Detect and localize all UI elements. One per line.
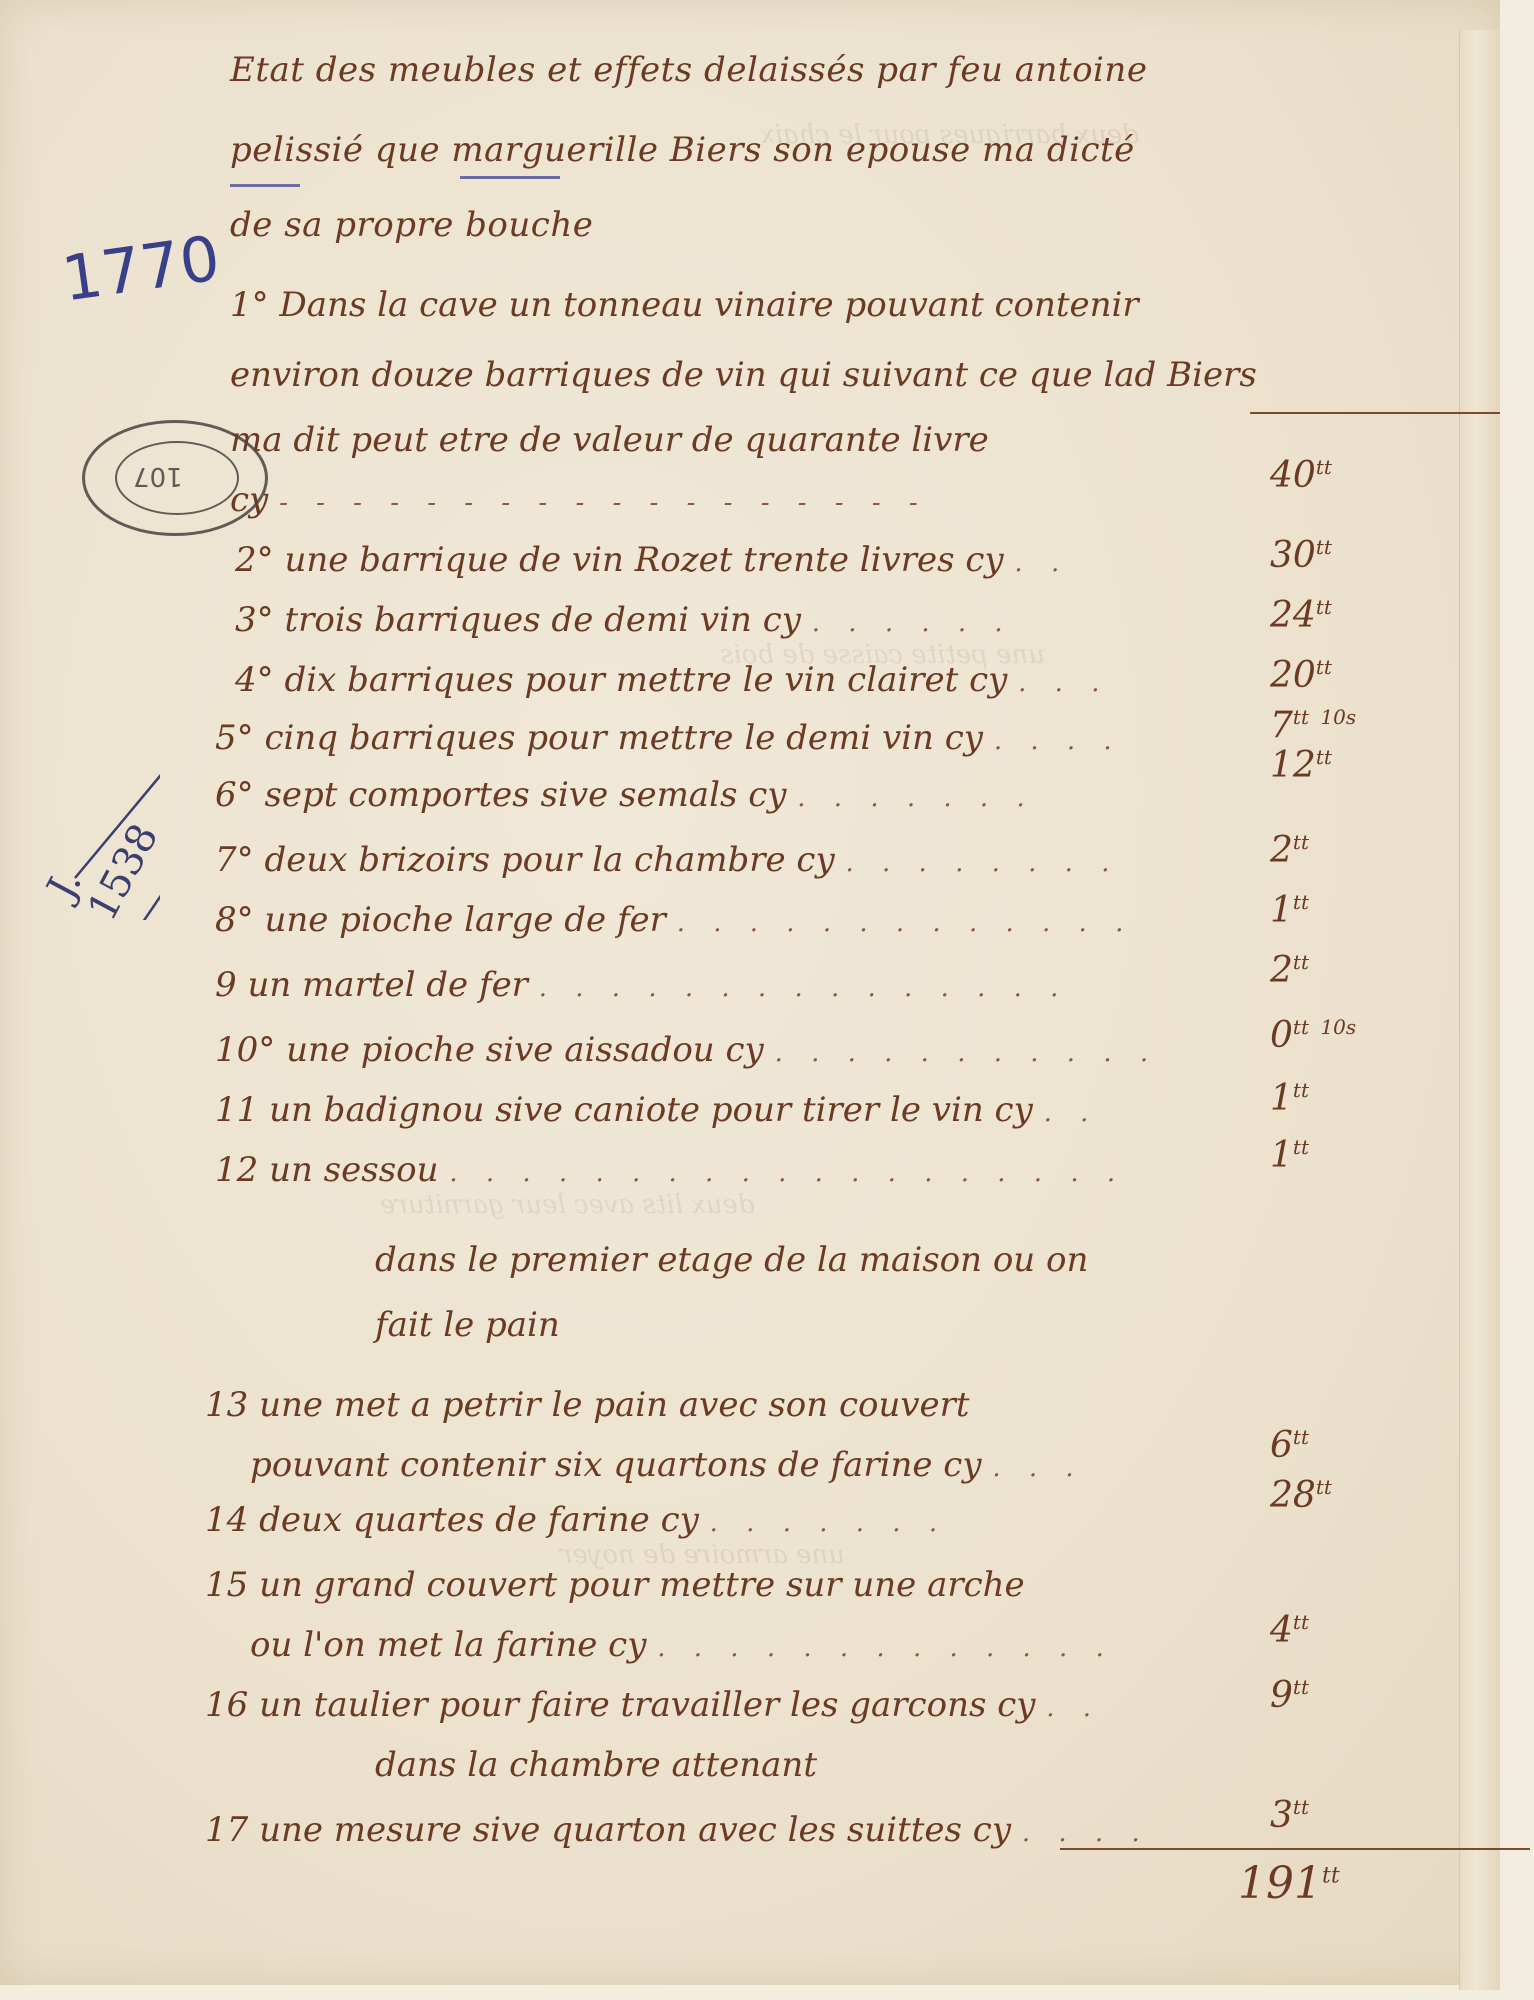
item-11-amount: 1tt xyxy=(1270,1078,1309,1119)
item-16-amount: 9tt xyxy=(1270,1675,1309,1716)
manuscript-page: deux barriques pour le chaix une petite … xyxy=(0,0,1500,1985)
item-15-line-2: ou l'on met la farine cy . . . . . . . .… xyxy=(250,1625,1114,1665)
item-7: 7° deux brizoirs pour la chambre cy . . … xyxy=(215,840,1119,880)
section-heading-2: dans la chambre attenant xyxy=(375,1745,817,1785)
item-5: 5° cinq barriques pour mettre le demi vi… xyxy=(215,718,1122,758)
item-2-amount: 30tt xyxy=(1270,535,1332,576)
total-amount: 191tt xyxy=(1238,1858,1340,1909)
item-1-line-2: environ douze barriques de vin qui suiva… xyxy=(230,355,1257,395)
item-10-amount: 0tt 10s xyxy=(1270,1015,1356,1056)
stamp-number: 107 xyxy=(133,461,183,491)
item-14-amount: 28tt xyxy=(1270,1475,1332,1516)
item-8: 8° une pioche large de fer . . . . . . .… xyxy=(215,900,1133,940)
section-heading-1-line-2: fait le pain xyxy=(375,1305,560,1345)
item-9: 9 un martel de fer . . . . . . . . . . .… xyxy=(215,965,1068,1005)
item-13-line-2: pouvant contenir six quartons de farine … xyxy=(250,1445,1084,1485)
item-7-amount: 2tt xyxy=(1270,830,1309,871)
item-4: 4° dix barriques pour mettre le vin clai… xyxy=(235,660,1109,700)
item-5-amount: 7tt 10s xyxy=(1270,705,1356,746)
item-1-line-1: 1° Dans la cave un tonneau vinaire pouva… xyxy=(230,285,1139,325)
title-line-3: de sa propre bouche xyxy=(230,205,593,245)
item-3-amount: 24tt xyxy=(1270,595,1332,636)
item-15-line-1: 15 un grand couvert pour mettre sur une … xyxy=(205,1565,1025,1605)
item-1-line-4: cy - - - - - - - - - - - - - - - - - - xyxy=(230,480,928,520)
item-4-amount: 20tt xyxy=(1270,655,1332,696)
item-9-amount: 2tt xyxy=(1270,950,1309,991)
item-12: 12 un sessou . . . . . . . . . . . . . .… xyxy=(215,1150,1125,1190)
blue-underline xyxy=(460,176,560,179)
item-11: 11 un badignou sive caniote pour tirer l… xyxy=(215,1090,1098,1130)
title-line-2: pelissié que marguerille Biers son epous… xyxy=(230,130,1135,170)
page-edge-folds xyxy=(1459,30,1500,1990)
bleed-through-text: deux lits avec leur garniture xyxy=(380,1190,755,1220)
item-3: 3° trois barriques de demi vin cy . . . … xyxy=(235,600,1013,640)
title-line-1: Etat des meubles et effets delaissés par… xyxy=(230,50,1147,90)
item-10: 10° une pioche sive aissadou cy . . . . … xyxy=(215,1030,1158,1070)
margin-year: 1770 xyxy=(58,221,224,315)
item-6: 6° sept comportes sive semals cy . . . .… xyxy=(215,775,1035,815)
total-rule xyxy=(1060,1848,1530,1850)
item-2: 2° une barrique de vin Rozet trente livr… xyxy=(235,540,1069,580)
item-6-amount: 12tt xyxy=(1270,745,1332,786)
item-8-amount: 1tt xyxy=(1270,890,1309,931)
item-1-amount: 40tt xyxy=(1270,455,1332,496)
item-16: 16 un taulier pour faire travailler les … xyxy=(205,1685,1101,1725)
margin-reference: J. 1538 xyxy=(30,750,160,920)
item-12-amount: 1tt xyxy=(1270,1135,1309,1176)
item-1-line-3: ma dit peut etre de valeur de quarante l… xyxy=(230,420,989,460)
section-heading-1-line-1: dans le premier etage de la maison ou on xyxy=(375,1240,1088,1280)
item-13-line-1: 13 une met a petrir le pain avec son cou… xyxy=(205,1385,970,1425)
item-17-amount: 3tt xyxy=(1270,1795,1309,1836)
item-13-amount: 6tt xyxy=(1270,1425,1309,1466)
item-17: 17 une mesure sive quarton avec les suit… xyxy=(205,1810,1150,1850)
item-15-amount: 4tt xyxy=(1270,1610,1309,1651)
item-14: 14 deux quartes de farine cy . . . . . .… xyxy=(205,1500,947,1540)
blue-underline xyxy=(230,184,300,187)
